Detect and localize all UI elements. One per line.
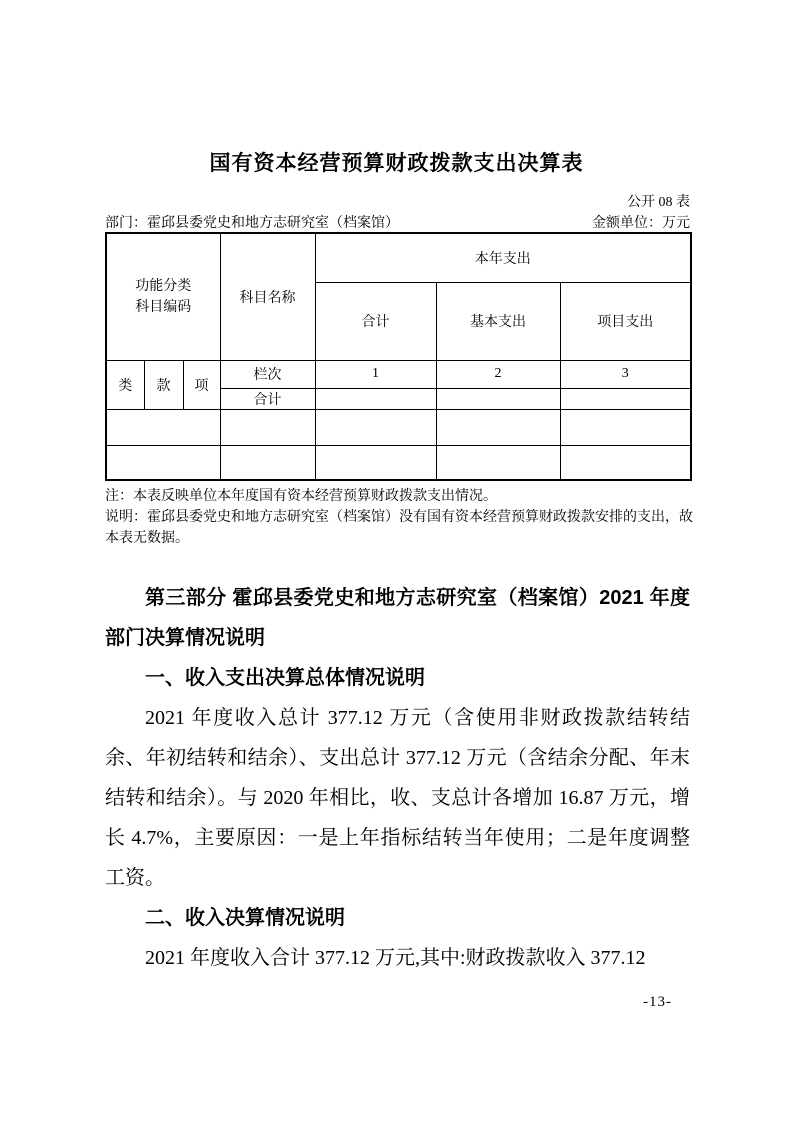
header-function-code: 功能分类 科目编码: [106, 233, 220, 360]
header-basic-expenditure: 基本支出: [436, 282, 560, 360]
code-class-cell: 类: [106, 360, 144, 409]
table-row-empty: [106, 409, 691, 445]
department-label: 部门：霍邱县委党史和地方志研究室（档案馆）: [105, 212, 399, 232]
table-code-label: 公开 08 表: [105, 191, 690, 211]
column-index-label: 栏次: [220, 360, 315, 388]
total-row-label: 合计: [220, 388, 315, 409]
page-number: -13-: [643, 994, 672, 1011]
empty-cell: [220, 409, 315, 445]
header-current-year-expenditure: 本年支出: [315, 233, 691, 282]
table-header-row-1: 功能分类 科目编码 科目名称 本年支出: [106, 233, 691, 282]
document-page: 国有资本经营预算财政拨款支出决算表 公开 08 表 部门：霍邱县委党史和地方志研…: [0, 0, 793, 1122]
explanation-text: 说明：霍邱县委党史和地方志研究室（档案馆）没有国有资本经营预算财政拨款安排的支出…: [105, 507, 693, 549]
total-value-cell: [436, 388, 560, 409]
amount-unit-label: 金额单位：万元: [592, 212, 690, 232]
column-number-2: 2: [436, 360, 560, 388]
table-row-empty: [106, 445, 691, 480]
empty-cell: [106, 409, 220, 445]
header-total: 合计: [315, 282, 436, 360]
table-notes: 注：本表反映单位本年度国有资本经营预算财政拨款支出情况。 说明：霍邱县委党史和地…: [105, 486, 693, 549]
empty-cell: [315, 409, 436, 445]
column-number-3: 3: [560, 360, 691, 388]
expense-table: 功能分类 科目编码 科目名称 本年支出 合计 基本支出 项目支出 类 款 项 栏…: [105, 232, 692, 481]
table-meta-row: 部门：霍邱县委党史和地方志研究室（档案馆） 金额单位：万元: [105, 212, 690, 232]
subsection-one-heading: 一、收入支出决算总体情况说明: [105, 658, 690, 698]
empty-cell: [106, 445, 220, 480]
header-subject-name: 科目名称: [220, 233, 315, 360]
column-number-1: 1: [315, 360, 436, 388]
total-value-cell: [560, 388, 691, 409]
empty-cell: [315, 445, 436, 480]
empty-cell: [436, 445, 560, 480]
header-project-expenditure: 项目支出: [560, 282, 691, 360]
subsection-two-heading: 二、收入决算情况说明: [105, 898, 690, 938]
section-three-heading: 第三部分 霍邱县委党史和地方志研究室（档案馆）2021 年度部门决算情况说明: [105, 578, 690, 658]
empty-cell: [220, 445, 315, 480]
subsection-one-paragraph: 2021 年度收入总计 377.12 万元（含使用非财政拨款结转结余、年初结转和…: [105, 698, 690, 898]
empty-cell: [560, 445, 691, 480]
table-row-column-index: 类 款 项 栏次 1 2 3: [106, 360, 691, 388]
section-three: 第三部分 霍邱县委党史和地方志研究室（档案馆）2021 年度部门决算情况说明 一…: [105, 578, 690, 978]
note-text: 注：本表反映单位本年度国有资本经营预算财政拨款支出情况。: [105, 486, 693, 507]
code-section-cell: 款: [144, 360, 183, 409]
document-title: 国有资本经营预算财政拨款支出决算表: [0, 147, 793, 177]
empty-cell: [436, 409, 560, 445]
empty-cell: [560, 409, 691, 445]
total-value-cell: [315, 388, 436, 409]
subsection-two-paragraph: 2021 年度收入合计 377.12 万元,其中:财政拨款收入 377.12: [105, 938, 690, 978]
code-item-cell: 项: [183, 360, 220, 409]
